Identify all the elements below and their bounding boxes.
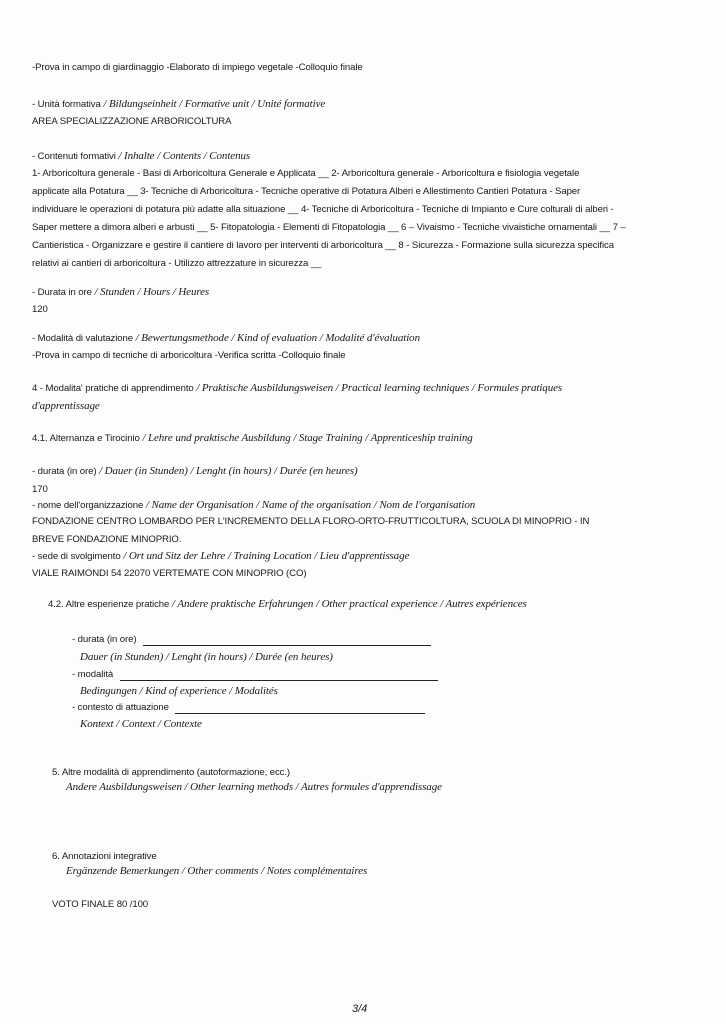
other-mode-input[interactable] — [120, 671, 438, 681]
training-duration-label-it: - durata (in ore) — [32, 466, 96, 477]
section-4-2-heading: 4.2. Altre esperienze pratiche / Andere … — [48, 598, 527, 611]
section-4-1-label-it: 4.1. Alternanza e Tirocinio — [32, 433, 140, 444]
contents-line: 1- Arboricoltura generale - Basi di Arbo… — [32, 168, 579, 180]
final-grade: VOTO FINALE 80 /100 — [52, 899, 148, 911]
unit-label-it: - Unità formativa — [32, 99, 101, 110]
location-value: VIALE RAIMONDI 54 22070 VERTEMATE CON MI… — [32, 568, 306, 580]
document-page: -Prova in campo di giardinaggio -Elabora… — [0, 0, 726, 1024]
training-duration-label: - durata (in ore) / Dauer (in Stunden) /… — [32, 465, 358, 478]
location-label: - sede di svolgimento / Ort und Sitz der… — [32, 550, 409, 563]
duration-label-it: - Durata in ore — [32, 287, 92, 298]
other-context-label: - contesto di attuazione — [72, 702, 169, 713]
page-number: 3/4 — [352, 1003, 367, 1015]
evaluation-label: - Modalità di valutazione / Bewertungsme… — [32, 332, 420, 345]
other-mode-translation: Bedingungen / Kind of experience / Modal… — [80, 685, 278, 697]
duration-label-translation: / Stunden / Hours / Heures — [92, 286, 209, 298]
duration-value: 120 — [32, 304, 48, 316]
other-duration-translation: Dauer (in Stunden) / Lenght (in hours) /… — [80, 651, 333, 663]
unit-label-translation: / Bildungseinheit / Formative unit / Uni… — [101, 98, 325, 110]
section-4-1-label-translation: / Lehre und praktische Ausbildung / Stag… — [140, 432, 473, 444]
contents-line: relativi ai cantieri di arboricoltura - … — [32, 258, 321, 270]
unit-label: - Unità formativa / Bildungseinheit / Fo… — [32, 98, 325, 111]
section-4-heading: 4 - Modalita' pratiche di apprendimento … — [32, 382, 562, 395]
other-mode-field: - modalità — [72, 669, 438, 681]
duration-label: - Durata in ore / Stunden / Hours / Heur… — [32, 286, 209, 299]
training-duration-value: 170 — [32, 484, 48, 496]
other-duration-label: - durata (in ore) — [72, 634, 136, 645]
other-duration-input[interactable] — [143, 636, 431, 646]
other-duration-field: - durata (in ore) — [72, 634, 431, 646]
contents-line: individuare le operazioni di potatura pi… — [32, 204, 614, 216]
section-4-2-label-translation: / Andere praktische Erfahrungen / Other … — [169, 598, 526, 610]
contents-label-it: - Contenuti formativi — [32, 151, 116, 162]
contents-line: Cantieristica - Organizzare e gestire il… — [32, 240, 614, 252]
organisation-label-translation: / Name der Organisation / Name of the or… — [143, 499, 475, 511]
evaluation-methods-previous: -Prova in campo di giardinaggio -Elabora… — [32, 62, 363, 74]
section-6-heading: 6. Annotazioni integrative — [52, 851, 157, 863]
training-duration-label-translation: / Dauer (in Stunden) / Lenght (in hours)… — [96, 465, 357, 477]
other-mode-label: - modalità — [72, 669, 113, 680]
organisation-value: FONDAZIONE CENTRO LOMBARDO PER L'INCREME… — [32, 516, 589, 528]
other-context-input[interactable] — [175, 704, 425, 714]
contents-line: applicate alla Potatura __ 3- Tecniche d… — [32, 186, 580, 198]
evaluation-value: -Prova in campo di tecniche di arboricol… — [32, 350, 346, 362]
organisation-label-it: - nome dell'organizzazione — [32, 500, 143, 511]
section-5-translation: Andere Ausbildungsweisen / Other learnin… — [66, 781, 442, 793]
unit-value: AREA SPECIALIZZAZIONE ARBORICOLTURA — [32, 116, 231, 128]
organisation-value-cont: BREVE FONDAZIONE MINOPRIO. — [32, 534, 181, 546]
section-4-label-it: 4 - Modalita' pratiche di apprendimento — [32, 383, 194, 394]
location-label-translation: / Ort und Sitz der Lehre / Training Loca… — [121, 550, 410, 562]
evaluation-label-it: - Modalità di valutazione — [32, 333, 133, 344]
organisation-label: - nome dell'organizzazione / Name der Or… — [32, 499, 475, 512]
other-context-translation: Kontext / Context / Contexte — [80, 718, 202, 730]
contents-label-translation: / Inhalte / Contents / Contenus — [116, 150, 250, 162]
section-4-label-translation-cont: d'apprentissage — [32, 400, 100, 412]
section-4-1-heading: 4.1. Alternanza e Tirocinio / Lehre und … — [32, 432, 473, 445]
section-4-2-label-it: 4.2. Altre esperienze pratiche — [48, 599, 169, 610]
location-label-it: - sede di svolgimento — [32, 551, 121, 562]
section-5-heading: 5. Altre modalità di apprendimento (auto… — [52, 767, 290, 779]
section-4-label-translation: / Praktische Ausbildungsweisen / Practic… — [194, 382, 562, 394]
other-context-field: - contesto di attuazione — [72, 702, 425, 714]
contents-label: - Contenuti formativi / Inhalte / Conten… — [32, 150, 250, 163]
evaluation-label-translation: / Bewertungsmethode / Kind of evaluation… — [133, 332, 420, 344]
section-6-translation: Ergänzende Bemerkungen / Other comments … — [66, 865, 367, 877]
contents-line: Saper mettere a dimora alberi e arbusti … — [32, 222, 626, 234]
